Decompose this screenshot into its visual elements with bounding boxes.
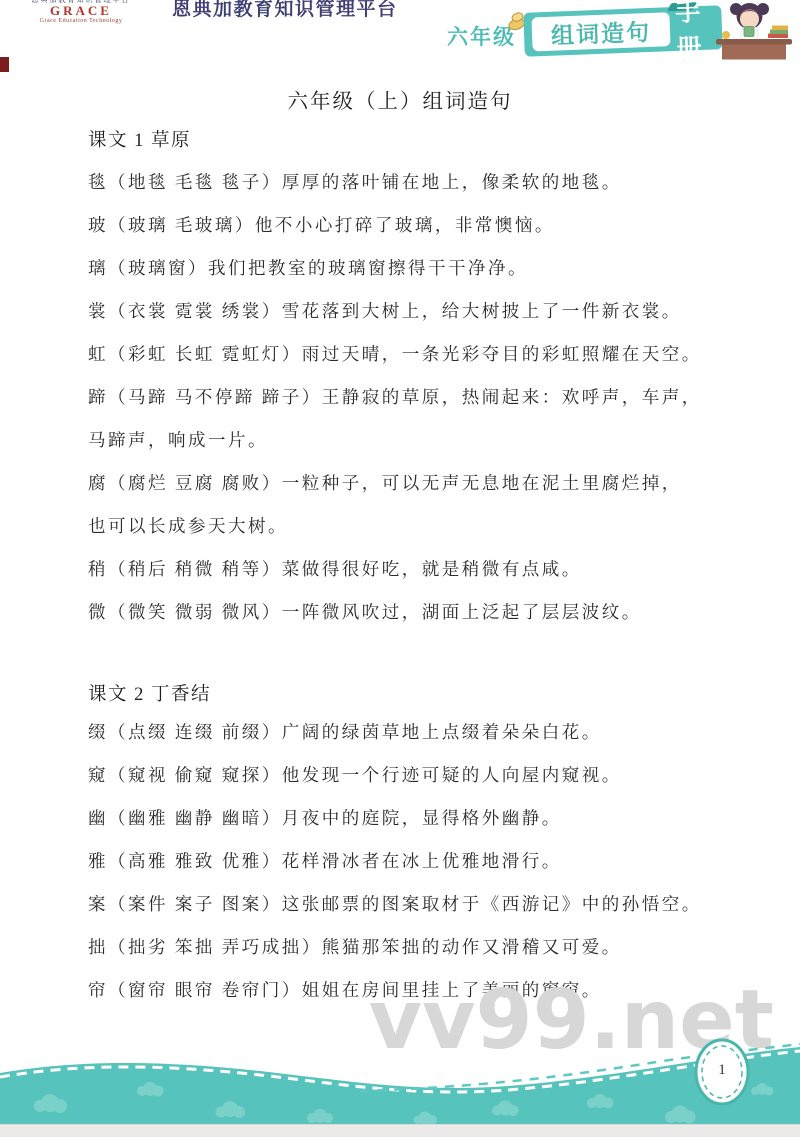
platform-title: 恩典加教育知识管理平台: [172, 0, 398, 21]
logo-grace-text: GRACE: [6, 4, 156, 18]
entry-line: 微（微笑 微弱 微风）一阵微风吹过，湖面上泛起了层层波纹。: [88, 590, 780, 633]
footer-wave-illustration: [0, 1015, 800, 1125]
section-2-lines: 缀（点缀 连缀 前缀）广阔的绿茵草地上点缀着朵朵白花。 窥（窥视 偷窥 窥探）他…: [88, 710, 780, 1011]
entry-line: 缀（点缀 连缀 前缀）广阔的绿茵草地上点缀着朵朵白花。: [88, 710, 780, 753]
entry-line: 雅（高雅 雅致 优雅）花样滑冰者在冰上优雅地滑行。: [88, 839, 780, 882]
worksheet-page: 恩典加教育知识管理平台 GRACE Grace Education Techno…: [0, 0, 800, 1137]
banner-main-label: 组词造句: [550, 13, 651, 50]
section-1-heading: 课文 1 草原: [88, 126, 191, 152]
section-2-heading: 课文 2 丁香结: [88, 680, 211, 706]
entry-line: 蹄（马蹄 马不停蹄 蹄子）王静寂的草原，热闹起来：欢呼声，车声，: [88, 375, 780, 418]
section-1-lines: 毯（地毯 毛毯 毯子）厚厚的落叶铺在地上，像柔软的地毯。 玻（玻璃 毛玻璃）他不…: [88, 160, 780, 633]
entry-line: 窥（窥视 偷窥 窥探）他发现一个行迹可疑的人向屋内窥视。: [88, 753, 780, 796]
page-number-badge: 1: [710, 1062, 734, 1079]
logo-microtext-bottom: Grace Education Technology: [6, 18, 156, 24]
entry-line: 案（案件 案子 图案）这张邮票的图案取材于《西游记》中的孙悟空。: [88, 882, 780, 925]
entry-line: 虹（彩虹 长虹 霓虹灯）雨过天晴，一条光彩夺目的彩虹照耀在天空。: [88, 332, 780, 375]
entry-line: 幽（幽雅 幽静 幽暗）月夜中的庭院，显得格外幽静。: [88, 796, 780, 839]
entry-line-continuation: 马蹄声，响成一片。: [88, 418, 780, 461]
banner-main-box: 组词造句: [531, 12, 670, 51]
entry-line: 玻（玻璃 毛玻璃）他不小心打碎了玻璃，非常懊恼。: [88, 203, 780, 246]
entry-line: 璃（玻璃窗）我们把教室的玻璃窗擦得干干净净。: [88, 246, 780, 289]
title-banner: 组词造句 手册: [523, 5, 723, 57]
page-title: 六年级（上）组词造句: [0, 84, 800, 114]
mascot-illustration: [710, 0, 798, 66]
entry-line-continuation: 也可以长成参天大树。: [88, 504, 780, 547]
left-edge-mark: [0, 57, 9, 72]
entry-line: 腐（腐烂 豆腐 腐败）一粒种子，可以无声无息地在泥土里腐烂掉，: [88, 461, 780, 504]
bottom-strip: [0, 1124, 800, 1137]
entry-line: 稍（稍后 稍微 稍等）菜做得很好吃，就是稍微有点咸。: [88, 547, 780, 590]
entry-line: 毯（地毯 毛毯 毯子）厚厚的落叶铺在地上，像柔软的地毯。: [88, 160, 780, 203]
entry-line: 裳（衣裳 霓裳 绣裳）雪花落到大树上，给大树披上了一件新衣裳。: [88, 289, 780, 332]
grace-logo: 恩典加教育知识管理平台 GRACE Grace Education Techno…: [6, 0, 156, 24]
entry-line: 拙（拙劣 笨拙 弄巧成拙）熊猫那笨拙的动作又滑稽又可爱。: [88, 925, 780, 968]
